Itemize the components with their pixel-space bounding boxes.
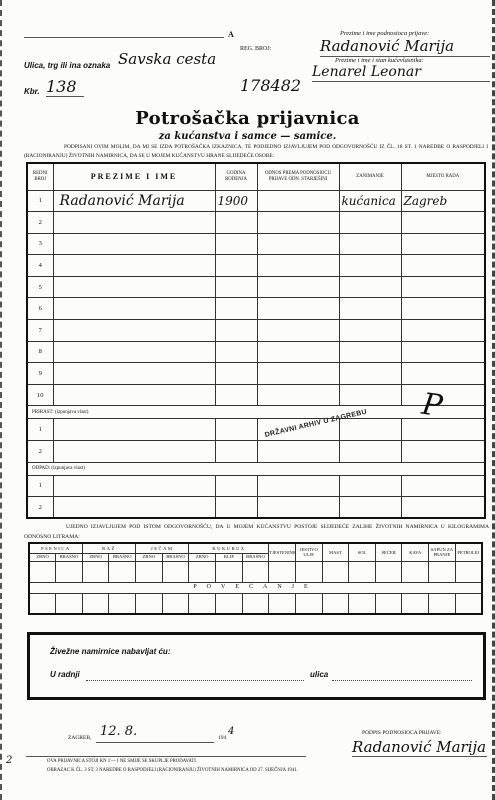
stock-cell[interactable]	[29, 593, 56, 614]
col-header-birth-year: GODINA RODENJA	[215, 163, 257, 190]
occupation-cell[interactable]	[339, 475, 401, 497]
applicant-label: Prezime i ime podnosioca prijave:	[340, 30, 429, 37]
relation-cell[interactable]	[257, 384, 339, 406]
year-field[interactable]: 4	[228, 726, 234, 737]
date-rule	[96, 742, 214, 743]
table-row: 6	[27, 298, 485, 320]
col-header-psenica-brasno: BRAŠNO	[56, 553, 83, 561]
col-header-petrolej: PETROLEJ	[455, 543, 482, 561]
povecanje-row: POVEĆANJE	[29, 582, 482, 593]
supply-shop-field[interactable]	[86, 680, 304, 681]
relation-cell[interactable]	[257, 363, 339, 385]
workplace-cell[interactable]	[401, 298, 485, 320]
stock-cell[interactable]	[82, 561, 109, 582]
table-row: 5	[27, 276, 485, 298]
stock-row	[29, 561, 482, 582]
stock-table-group-header: PŠENICA RAŽ JEČAM KUKURUZ TJESTENINE JES…	[29, 543, 482, 553]
persons-table-header: REDNI BROJ PREZIME I IME GODINA RODENJA …	[27, 163, 485, 190]
table-row: 2	[27, 212, 485, 234]
row-number: 2	[27, 441, 53, 463]
workplace-cell[interactable]	[401, 276, 485, 298]
street-field[interactable]: Savska cesta	[118, 50, 216, 68]
stock-cell[interactable]	[56, 561, 83, 582]
col-header-jecam-zrno: ZRNO	[136, 553, 163, 561]
relation-cell[interactable]	[257, 497, 339, 519]
table-row: 1	[27, 475, 485, 497]
stock-cell[interactable]	[349, 593, 376, 614]
reg-broj-field[interactable]: 178482	[240, 76, 301, 95]
table-row: 9	[27, 363, 485, 385]
prirast-label: PRIRAST: (izpunjava vlast)	[27, 406, 485, 419]
col-header-name: PREZIME I IME	[53, 163, 215, 190]
col-header-kukuruz-klip: KLIP	[215, 553, 242, 561]
col-header-workplace: MJESTO RADA	[401, 163, 485, 190]
relation-cell[interactable]	[257, 255, 339, 277]
stock-cell[interactable]	[295, 561, 322, 582]
stock-cell[interactable]	[269, 561, 296, 582]
relation-cell[interactable]	[257, 298, 339, 320]
occupation-cell[interactable]: kućanica	[339, 190, 401, 212]
top-rule	[24, 37, 224, 38]
birth-year-cell[interactable]	[215, 320, 257, 342]
workplace-cell[interactable]	[401, 441, 485, 463]
stock-cell[interactable]	[429, 593, 456, 614]
stock-cell[interactable]	[269, 593, 296, 614]
stock-cell[interactable]	[295, 593, 322, 614]
row-number: 1	[27, 419, 53, 441]
row-number: 5	[27, 276, 53, 298]
applicant-field[interactable]: Radanović Marija	[320, 37, 490, 57]
relation-cell[interactable]	[257, 276, 339, 298]
occupation-cell[interactable]	[339, 363, 401, 385]
form-subtitle: za kućanstva i samce — samice.	[0, 131, 495, 142]
reg-letter: A	[228, 30, 234, 39]
row-number: 10	[27, 384, 53, 406]
workplace-cell[interactable]	[401, 475, 485, 497]
occupation-cell[interactable]	[339, 497, 401, 519]
owner-field[interactable]: Lenarel Leonar	[312, 64, 490, 82]
margin-mark: 2	[6, 755, 12, 766]
owner-label: Prezime i ime i stan kućevlasnika:	[335, 57, 424, 64]
stock-cell[interactable]	[56, 593, 83, 614]
col-header-kava: KAVA	[402, 543, 429, 561]
col-header-secer: ŠEĆER	[375, 543, 402, 561]
occupation-cell[interactable]	[339, 298, 401, 320]
birth-year-cell[interactable]	[215, 298, 257, 320]
stock-cell[interactable]	[242, 561, 269, 582]
supply-box: Živežne namirnice nabavljat ću: U radnji…	[27, 632, 486, 700]
occupation-cell[interactable]	[339, 320, 401, 342]
relation-cell[interactable]	[257, 341, 339, 363]
col-header-jecam-brasno: BRAŠNO	[162, 553, 189, 561]
stock-cell[interactable]	[29, 561, 56, 582]
workplace-cell[interactable]	[401, 320, 485, 342]
supply-street-label: ulica	[310, 670, 328, 679]
footer-rule	[26, 756, 306, 757]
stock-cell[interactable]	[189, 593, 216, 614]
col-header-mast: MAST	[322, 543, 349, 561]
relation-cell[interactable]	[257, 320, 339, 342]
row-number: 1	[27, 190, 53, 212]
supply-title: Živežne namirnice nabavljat ću:	[50, 647, 170, 656]
name-cell[interactable]	[53, 255, 215, 277]
relation-cell[interactable]	[257, 233, 339, 255]
signature-field[interactable]: Radanović Marija	[352, 738, 487, 757]
stock-cell[interactable]	[215, 561, 242, 582]
row-number: 2	[27, 212, 53, 234]
col-header-kukuruz-brasno: BRAŠNO	[242, 553, 269, 561]
birth-year-cell[interactable]	[215, 233, 257, 255]
occupation-cell[interactable]	[339, 276, 401, 298]
name-cell[interactable]	[53, 441, 215, 463]
birth-year-cell[interactable]	[215, 497, 257, 519]
birth-year-cell[interactable]	[215, 419, 257, 441]
name-cell[interactable]	[53, 298, 215, 320]
row-number: 7	[27, 320, 53, 342]
relation-cell[interactable]	[257, 190, 339, 212]
col-header-tjestenine: TJESTENINE	[269, 543, 296, 561]
row-number: 8	[27, 341, 53, 363]
row-number: 3	[27, 233, 53, 255]
occupation-cell[interactable]	[339, 255, 401, 277]
form-title: Potrošačka prijavnica	[0, 108, 495, 129]
povecanje-label: POVEĆANJE	[29, 582, 482, 593]
stock-cell[interactable]	[215, 593, 242, 614]
occupation-cell[interactable]	[339, 384, 401, 406]
birth-year-cell[interactable]	[215, 255, 257, 277]
relation-cell[interactable]	[257, 475, 339, 497]
form-reference-note: OBRAZAC K ČL. 3 ST. 3 NAREDBE O RASPODJE…	[47, 768, 298, 773]
table-row: 7	[27, 320, 485, 342]
street-label: Ulica, trg ili ina oznaka	[24, 61, 110, 70]
birth-year-cell[interactable]	[215, 212, 257, 234]
col-group-raz: RAŽ	[82, 543, 135, 553]
date-field[interactable]: 12. 8.	[100, 724, 137, 739]
relation-cell[interactable]	[257, 212, 339, 234]
price-note: OVA PRIJAVNICA STOJI KN 1'— I NE SMIJE S…	[47, 759, 197, 764]
stock-cell[interactable]	[242, 593, 269, 614]
stock-cell[interactable]	[109, 561, 136, 582]
table-row: 8	[27, 341, 485, 363]
house-number-label: Kbr.	[24, 87, 40, 96]
stock-table: PŠENICA RAŽ JEČAM KUKURUZ TJESTENINE JES…	[28, 542, 483, 615]
signature-label: PODPIS PODNOSIOCA PRIJAVE:	[362, 730, 442, 736]
table-row: 2	[27, 497, 485, 519]
year-prefix: 194	[218, 735, 226, 741]
persons-table: REDNI BROJ PREZIME I IME GODINA RODENJA …	[26, 162, 486, 519]
stock-cell[interactable]	[162, 593, 189, 614]
workplace-cell[interactable]: Zagreb	[401, 190, 485, 212]
name-cell[interactable]	[53, 212, 215, 234]
table-row: 1	[27, 419, 485, 441]
name-cell[interactable]	[53, 276, 215, 298]
odpad-label: ODPAD: (izpunjava vlast)	[27, 462, 485, 475]
row-number: 4	[27, 255, 53, 277]
birth-year-cell[interactable]	[215, 276, 257, 298]
name-cell[interactable]	[53, 497, 215, 519]
occupation-cell[interactable]	[339, 212, 401, 234]
table-row: 1 Radanović Marija 1900 kućanica Zagreb	[27, 190, 485, 212]
col-header-sapun: SAPUN ZA PRANJE	[429, 543, 456, 561]
row-number: 2	[27, 497, 53, 519]
stock-declaration-text: UJEDNO IZJAVLJUJEM POD ISTOM ODGOVORNOŠĆ…	[24, 522, 489, 542]
workplace-cell[interactable]	[401, 233, 485, 255]
reg-broj-label: REG. BROJ:	[240, 46, 271, 52]
birth-year-cell[interactable]	[215, 363, 257, 385]
stock-cell[interactable]	[455, 561, 482, 582]
stock-row	[29, 593, 482, 614]
relation-cell[interactable]	[257, 441, 339, 463]
stock-cell[interactable]	[402, 561, 429, 582]
name-cell[interactable]	[53, 363, 215, 385]
table-row: 2	[27, 441, 485, 463]
house-number-field[interactable]: 138	[46, 77, 84, 97]
name-cell[interactable]	[53, 320, 215, 342]
col-header-sol: SOL	[349, 543, 376, 561]
place-label: ZAGREB,	[68, 735, 91, 741]
col-group-jecam: JEČAM	[136, 543, 189, 553]
col-header-relation: ODNOS PREMA PODNOSIOCU PRIJAVE ODN. STAR…	[257, 163, 339, 190]
name-cell[interactable]	[53, 341, 215, 363]
occupation-cell[interactable]	[339, 419, 401, 441]
col-header-jestivo-ulje: JESTIVO ULJE	[295, 543, 322, 561]
occupation-cell[interactable]	[339, 341, 401, 363]
name-cell[interactable]	[53, 475, 215, 497]
col-header-occupation: ZANIMANJE	[339, 163, 401, 190]
col-header-kukuruz-zrno: ZRNO	[189, 553, 216, 561]
birth-year-cell[interactable]	[215, 441, 257, 463]
stock-cell[interactable]	[82, 593, 109, 614]
stock-cell[interactable]	[375, 593, 402, 614]
workplace-cell[interactable]	[401, 497, 485, 519]
occupation-cell[interactable]	[339, 441, 401, 463]
table-row: 4	[27, 255, 485, 277]
stock-cell[interactable]	[136, 593, 163, 614]
stock-cell[interactable]	[322, 561, 349, 582]
form-page: Ulica, trg ili ina oznaka Savska cesta K…	[0, 0, 495, 800]
stock-cell[interactable]	[189, 561, 216, 582]
stock-cell[interactable]	[109, 593, 136, 614]
col-header-redni-broj: REDNI BROJ	[27, 163, 53, 190]
name-cell[interactable]: Radanović Marija	[53, 190, 215, 212]
col-header-raz-brasno: BRAŠNO	[109, 553, 136, 561]
stock-cell[interactable]	[349, 561, 376, 582]
col-group-kukuruz: KUKURUZ	[189, 543, 269, 553]
stock-cell[interactable]	[162, 561, 189, 582]
workplace-cell[interactable]	[401, 255, 485, 277]
supply-shop-label: U radnji	[50, 670, 80, 679]
stock-cell[interactable]	[136, 561, 163, 582]
workplace-cell[interactable]	[401, 341, 485, 363]
workplace-cell[interactable]	[401, 419, 485, 441]
workplace-cell[interactable]	[401, 363, 485, 385]
birth-year-cell[interactable]: 1900	[215, 190, 257, 212]
row-number: 9	[27, 363, 53, 385]
declaration-text: PODPISANI OVIM MOLIM, DA MI SE IZDA POTR…	[24, 143, 488, 161]
stock-cell[interactable]	[322, 593, 349, 614]
col-group-psenica: PŠENICA	[29, 543, 82, 553]
col-header-raz-zrno: ZRNO	[82, 553, 109, 561]
supply-street-field[interactable]	[332, 680, 472, 681]
birth-year-cell[interactable]	[215, 384, 257, 406]
row-number: 6	[27, 298, 53, 320]
stock-cell[interactable]	[455, 593, 482, 614]
row-number: 1	[27, 475, 53, 497]
workplace-cell[interactable]	[401, 212, 485, 234]
prirast-section-header: PRIRAST: (izpunjava vlast)	[27, 406, 485, 419]
table-row: 3	[27, 233, 485, 255]
occupation-cell[interactable]	[339, 233, 401, 255]
col-header-psenica-zrno: ZRNO	[29, 553, 56, 561]
stock-cell[interactable]	[375, 561, 402, 582]
table-row: 10	[27, 384, 485, 406]
odpad-section-header: ODPAD: (izpunjava vlast)	[27, 462, 485, 475]
name-cell[interactable]	[53, 233, 215, 255]
name-cell[interactable]	[53, 419, 215, 441]
name-cell[interactable]	[53, 384, 215, 406]
birth-year-cell[interactable]	[215, 341, 257, 363]
birth-year-cell[interactable]	[215, 475, 257, 497]
stock-cell[interactable]	[429, 561, 456, 582]
stock-cell[interactable]	[402, 593, 429, 614]
